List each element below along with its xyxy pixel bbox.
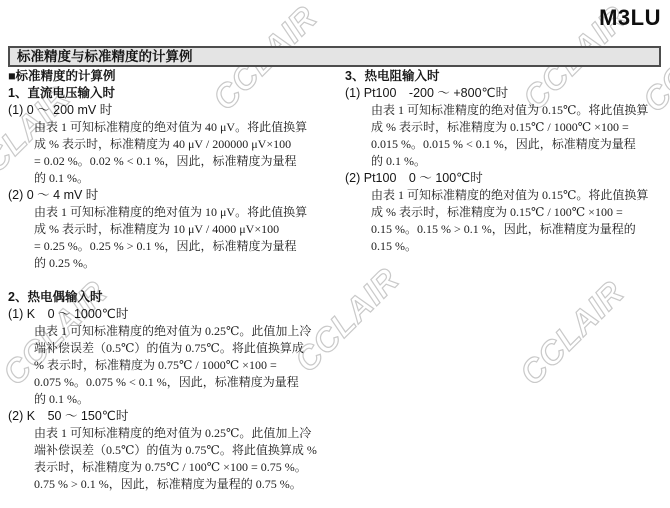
page-title-model: M3LU bbox=[599, 5, 661, 31]
example-body: 由表 1 可知标准精度的绝对值为 0.25℃。此值加上冷 端补偿误差（0.5℃）… bbox=[34, 323, 344, 408]
section-title: 标准精度与标准精度的计算例 bbox=[17, 48, 193, 65]
section-heading: 1、直流电压输入时 bbox=[8, 85, 344, 102]
section-rtd-input: 3、热电阻输入时 (1) Pt100 -200 ～ +800℃时 由表 1 可知… bbox=[345, 68, 669, 255]
subsection-title: ■标准精度的计算例 bbox=[8, 68, 344, 85]
left-column: ■标准精度的计算例 1、直流电压输入时 (1) 0 ～ 200 mV 时 由表 … bbox=[8, 68, 344, 493]
watermark-text: CCLAIR bbox=[512, 273, 631, 392]
example-label: (1) 0 ～ 200 mV 时 bbox=[8, 102, 344, 119]
example-label: (2) K 50 ～ 150℃时 bbox=[8, 408, 344, 425]
example-label: (2) 0 ～ 4 mV 时 bbox=[8, 187, 344, 204]
example-item: (2) K 50 ～ 150℃时 由表 1 可知标准精度的绝对值为 0.25℃。… bbox=[8, 408, 344, 493]
section-dc-voltage-input: 1、直流电压输入时 (1) 0 ～ 200 mV 时 由表 1 可知标准精度的绝… bbox=[8, 85, 344, 272]
example-body: 由表 1 可知标准精度的绝对值为 40 μV。将此值换算 成 % 表示时，标准精… bbox=[34, 119, 344, 187]
document-page: CCLAIR CCLAIR CCLAIR CCLAIR CCLAIR CCLAI… bbox=[0, 0, 670, 508]
example-item: (1) K 0 ～ 1000℃时 由表 1 可知标准精度的绝对值为 0.25℃。… bbox=[8, 306, 344, 408]
example-label: (1) K 0 ～ 1000℃时 bbox=[8, 306, 344, 323]
example-body: 由表 1 可知标准精度的绝对值为 0.25℃。此值加上冷 端补偿误差（0.5℃）… bbox=[34, 425, 344, 493]
section-title-bar: 标准精度与标准精度的计算例 bbox=[8, 46, 661, 67]
example-body: 由表 1 可知标准精度的绝对值为 0.15℃。将此值换算 成 % 表示时，标准精… bbox=[371, 102, 669, 170]
section-heading: 2、热电偶输入时 bbox=[8, 289, 344, 306]
example-item: (2) Pt100 0 ～ 100℃时 由表 1 可知标准精度的绝对值为 0.1… bbox=[345, 170, 669, 255]
example-body: 由表 1 可知标准精度的绝对值为 10 μV。将此值换算 成 % 表示时，标准精… bbox=[34, 204, 344, 272]
example-item: (1) 0 ～ 200 mV 时 由表 1 可知标准精度的绝对值为 40 μV。… bbox=[8, 102, 344, 187]
example-item: (2) 0 ～ 4 mV 时 由表 1 可知标准精度的绝对值为 10 μV。将此… bbox=[8, 187, 344, 272]
example-label: (2) Pt100 0 ～ 100℃时 bbox=[345, 170, 669, 187]
example-body: 由表 1 可知标准精度的绝对值为 0.15℃。将此值换算 成 % 表示时，标准精… bbox=[371, 187, 669, 255]
example-item: (1) Pt100 -200 ～ +800℃时 由表 1 可知标准精度的绝对值为… bbox=[345, 85, 669, 170]
section-thermocouple-input: 2、热电偶输入时 (1) K 0 ～ 1000℃时 由表 1 可知标准精度的绝对… bbox=[8, 289, 344, 493]
section-heading: 3、热电阻输入时 bbox=[345, 68, 669, 85]
right-column: 3、热电阻输入时 (1) Pt100 -200 ～ +800℃时 由表 1 可知… bbox=[345, 68, 669, 255]
example-label: (1) Pt100 -200 ～ +800℃时 bbox=[345, 85, 669, 102]
